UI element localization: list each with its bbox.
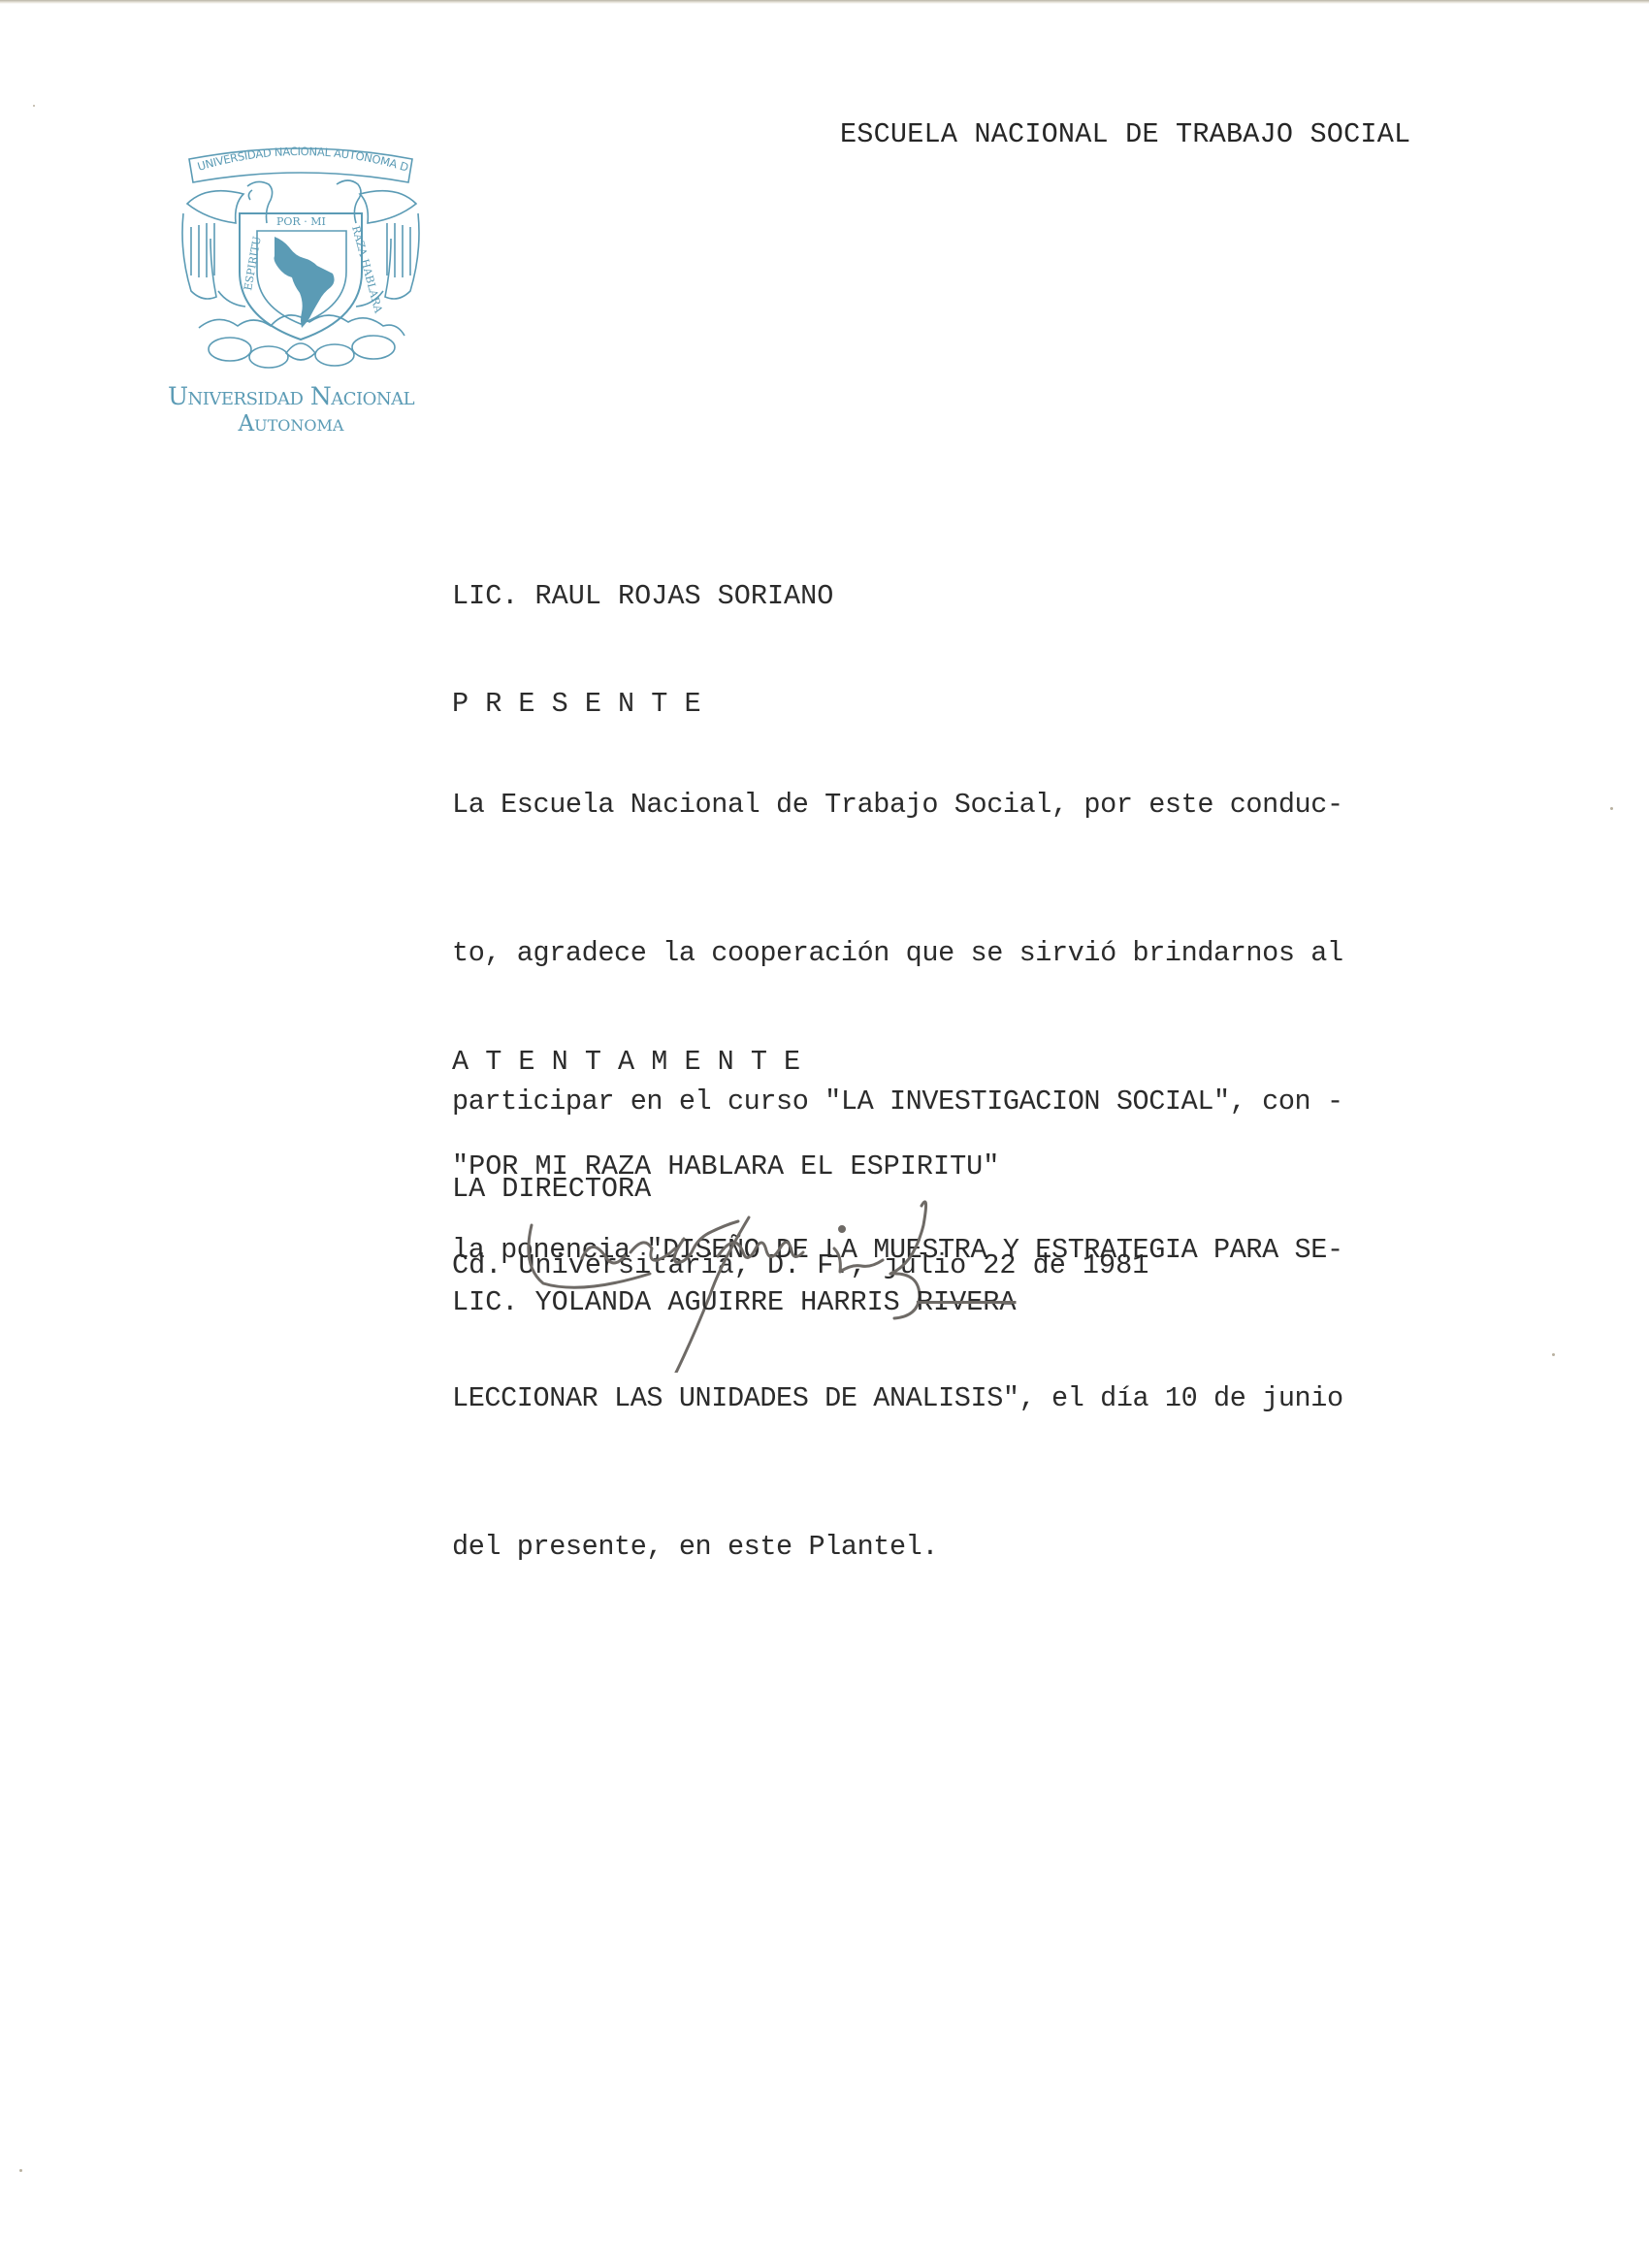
body-line: LECCIONAR LAS UNIDADES DE ANALISIS", el … [452,1374,1343,1423]
svg-text:UNIVERSIDAD NACIONAL AUTONOMA: UNIVERSIDAD NACIONAL AUTONOMA DE MEXICO [179,146,410,175]
wordmark-line-1: Universidad Nacional [163,382,419,411]
sign-off: A T E N T A M E N T E [452,1044,800,1080]
scan-speck [33,105,35,107]
scan-top-edge [0,0,1649,4]
seal-ring-text: UNIVERSIDAD NACIONAL AUTONOMA DE MEXICO [179,146,410,175]
handwritten-signature [514,1198,1135,1373]
body-line: del presente, en este Plantel. [452,1522,1343,1571]
school-letterhead: ESCUELA NACIONAL DE TRABAJO SOCIAL [840,118,1410,150]
signer-name-struck: RIVERA [917,1286,1017,1318]
body-line: to, agradece la cooperación que se sirvi… [452,928,1343,978]
signer-name-line: LIC. YOLANDA AGUIRRE HARRIS RIVERA [452,1286,1017,1318]
scan-speck [19,2169,22,2172]
scan-speck [1610,807,1613,810]
body-line: La Escuela Nacional de Trabajo Social, p… [452,780,1343,829]
university-wordmark: Universidad Nacional Autonoma [163,382,419,438]
scan-speck [1552,1353,1555,1356]
recipient-name: LIC. RAUL ROJAS SORIANO [452,578,833,614]
unam-seal-logo: UNIVERSIDAD NACIONAL AUTONOMA DE MEXICO [179,146,422,373]
shield-motto-top: POR · MI [276,215,326,228]
wordmark-line-2: Autonoma [163,411,419,438]
unam-seal-icon: UNIVERSIDAD NACIONAL AUTONOMA DE MEXICO [179,146,422,373]
signer-name: LIC. YOLANDA AGUIRRE HARRIS [452,1286,900,1318]
shield-motto-left: ESPIRITU [242,236,264,292]
